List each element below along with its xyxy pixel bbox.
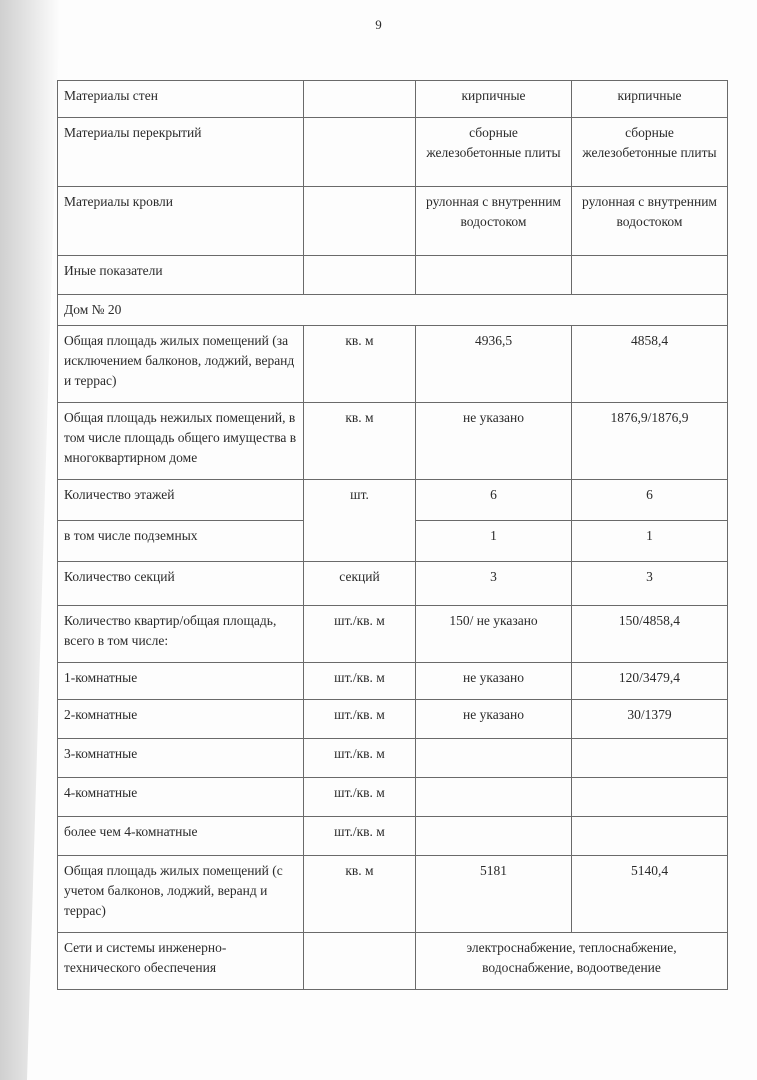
row-unit: кв. м	[304, 856, 416, 933]
table-row: 1-комнатные шт./кв. м не указано 120/347…	[58, 663, 728, 700]
row-label: 3-комнатные	[58, 739, 304, 778]
row-unit: шт./кв. м	[304, 606, 416, 663]
row-unit: кв. м	[304, 326, 416, 403]
row-unit: шт./кв. м	[304, 700, 416, 739]
table-row: 4-комнатные шт./кв. м	[58, 778, 728, 817]
merged-value: электроснабжение, теплоснабжение, водосн…	[416, 933, 728, 990]
row-label: Общая площадь жилых помещений (за исключ…	[58, 326, 304, 403]
project-value	[416, 817, 572, 856]
project-value: 3	[416, 562, 572, 606]
table-row: Количество квартир/общая площадь, всего …	[58, 606, 728, 663]
actual-value: 1	[572, 521, 728, 562]
project-value: 5181	[416, 856, 572, 933]
row-unit	[304, 933, 416, 990]
project-value: рулонная с внутренним водостоком	[416, 187, 572, 256]
project-value: не указано	[416, 403, 572, 480]
table-row: более чем 4-комнатные шт./кв. м	[58, 817, 728, 856]
row-unit: шт.	[304, 480, 416, 562]
row-label: Сети и системы инженерно-технического об…	[58, 933, 304, 990]
row-label: 1-комнатные	[58, 663, 304, 700]
row-unit: кв. м	[304, 403, 416, 480]
actual-value: 30/1379	[572, 700, 728, 739]
table-row: Общая площадь жилых помещений (с учетом …	[58, 856, 728, 933]
row-label: Иные показатели	[58, 256, 304, 295]
table-row: Иные показатели	[58, 256, 728, 295]
table-row: Общая площадь нежилых помещений, в том ч…	[58, 403, 728, 480]
table-row: Общая площадь жилых помещений (за исключ…	[58, 326, 728, 403]
actual-value: 120/3479,4	[572, 663, 728, 700]
actual-value	[572, 817, 728, 856]
table-row: 3-комнатные шт./кв. м	[58, 739, 728, 778]
row-label: 4-комнатные	[58, 778, 304, 817]
project-value	[416, 778, 572, 817]
actual-value: 150/4858,4	[572, 606, 728, 663]
actual-value: 4858,4	[572, 326, 728, 403]
project-value	[416, 256, 572, 295]
table-row: 2-комнатные шт./кв. м не указано 30/1379	[58, 700, 728, 739]
table-row: Количество этажей шт. 6 6	[58, 480, 728, 521]
actual-value: 6	[572, 480, 728, 521]
project-value: 6	[416, 480, 572, 521]
row-label: в том числе подземных	[58, 521, 304, 562]
project-value: не указано	[416, 700, 572, 739]
section-title: Дом № 20	[58, 295, 728, 326]
row-label: Количество этажей	[58, 480, 304, 521]
row-label: Количество секций	[58, 562, 304, 606]
table-row: Материалы перекрытий сборные железобетон…	[58, 118, 728, 187]
row-unit: шт./кв. м	[304, 817, 416, 856]
project-value: сборные железобетонные плиты	[416, 118, 572, 187]
section-row: Дом № 20	[58, 295, 728, 326]
row-unit: шт./кв. м	[304, 739, 416, 778]
project-value: 150/ не указано	[416, 606, 572, 663]
row-label: Количество квартир/общая площадь, всего …	[58, 606, 304, 663]
row-label: Материалы кровли	[58, 187, 304, 256]
project-value: 4936,5	[416, 326, 572, 403]
row-unit: шт./кв. м	[304, 663, 416, 700]
row-label: Общая площадь нежилых помещений, в том ч…	[58, 403, 304, 480]
row-label: Материалы перекрытий	[58, 118, 304, 187]
project-value: 1	[416, 521, 572, 562]
actual-value: кирпичные	[572, 81, 728, 118]
actual-value: 1876,9/1876,9	[572, 403, 728, 480]
building-characteristics-table: Материалы стен кирпичные кирпичные Матер…	[57, 80, 728, 990]
row-unit	[304, 187, 416, 256]
project-value	[416, 739, 572, 778]
actual-value: 5140,4	[572, 856, 728, 933]
row-label: 2-комнатные	[58, 700, 304, 739]
actual-value	[572, 778, 728, 817]
row-label: Общая площадь жилых помещений (с учетом …	[58, 856, 304, 933]
row-unit: шт./кв. м	[304, 778, 416, 817]
row-unit	[304, 81, 416, 118]
actual-value: 3	[572, 562, 728, 606]
table-row: Материалы стен кирпичные кирпичные	[58, 81, 728, 118]
row-unit	[304, 118, 416, 187]
actual-value	[572, 739, 728, 778]
row-unit	[304, 256, 416, 295]
project-value: не указано	[416, 663, 572, 700]
row-unit: секций	[304, 562, 416, 606]
scan-edge-shadow	[0, 0, 60, 1080]
row-label: более чем 4-комнатные	[58, 817, 304, 856]
table-row: Количество секций секций 3 3	[58, 562, 728, 606]
actual-value: сборные железобетонные плиты	[572, 118, 728, 187]
page-number: 9	[0, 17, 757, 33]
project-value: кирпичные	[416, 81, 572, 118]
row-label: Материалы стен	[58, 81, 304, 118]
actual-value: рулонная с внутренним водостоком	[572, 187, 728, 256]
actual-value	[572, 256, 728, 295]
table-row: Материалы кровли рулонная с внутренним в…	[58, 187, 728, 256]
table-row: Сети и системы инженерно-технического об…	[58, 933, 728, 990]
